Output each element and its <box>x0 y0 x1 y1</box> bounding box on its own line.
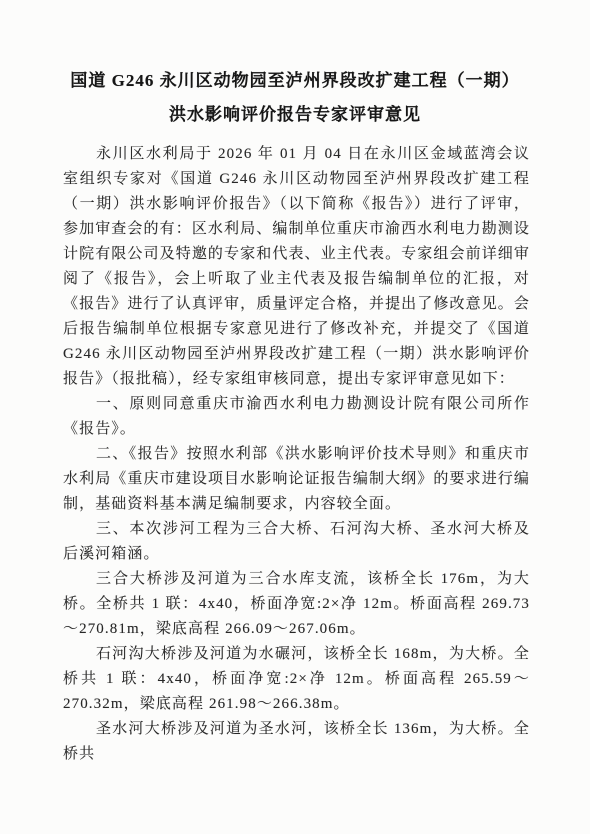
document-title: 国道 G246 永川区动物园至泸州界段改扩建工程（一期） 洪水影响评价报告专家评… <box>0 64 590 132</box>
document-title-line2: 洪水影响评价报告专家评审意见 <box>0 98 590 132</box>
paragraph-opinion-3: 三、本次涉河工程为三合大桥、石河沟大桥、圣水河大桥及后溪河箱涵。 <box>63 517 530 567</box>
paragraph-bridge-shengshuihe: 圣水河大桥涉及河道为圣水河，该桥全长 136m，为大桥。全桥共 <box>63 717 530 767</box>
paragraph-bridge-sanhe: 三合大桥涉及河道为三合水库支流，该桥全长 176m，为大桥。全桥共 1 联：4x… <box>63 567 530 642</box>
document-body: 永川区水利局于 2026 年 01 月 04 日在永川区金域蓝湾会议室组织专家对… <box>63 142 530 767</box>
paragraph-intro: 永川区水利局于 2026 年 01 月 04 日在永川区金域蓝湾会议室组织专家对… <box>63 142 530 392</box>
document-title-line1: 国道 G246 永川区动物园至泸州界段改扩建工程（一期） <box>0 64 590 98</box>
scanned-document-page: 国道 G246 永川区动物园至泸州界段改扩建工程（一期） 洪水影响评价报告专家评… <box>0 0 590 834</box>
paragraph-opinion-2: 二、《报告》按照水利部《洪水影响评价技术导则》和重庆市水利局《重庆市建设项目水影… <box>63 442 530 517</box>
paragraph-opinion-1: 一、原则同意重庆市渝西水利电力勘测设计院有限公司所作《报告》。 <box>63 392 530 442</box>
paragraph-bridge-shihegou: 石河沟大桥涉及河道为水碾河，该桥全长 168m，为大桥。全桥共 1 联：4x40… <box>63 642 530 717</box>
